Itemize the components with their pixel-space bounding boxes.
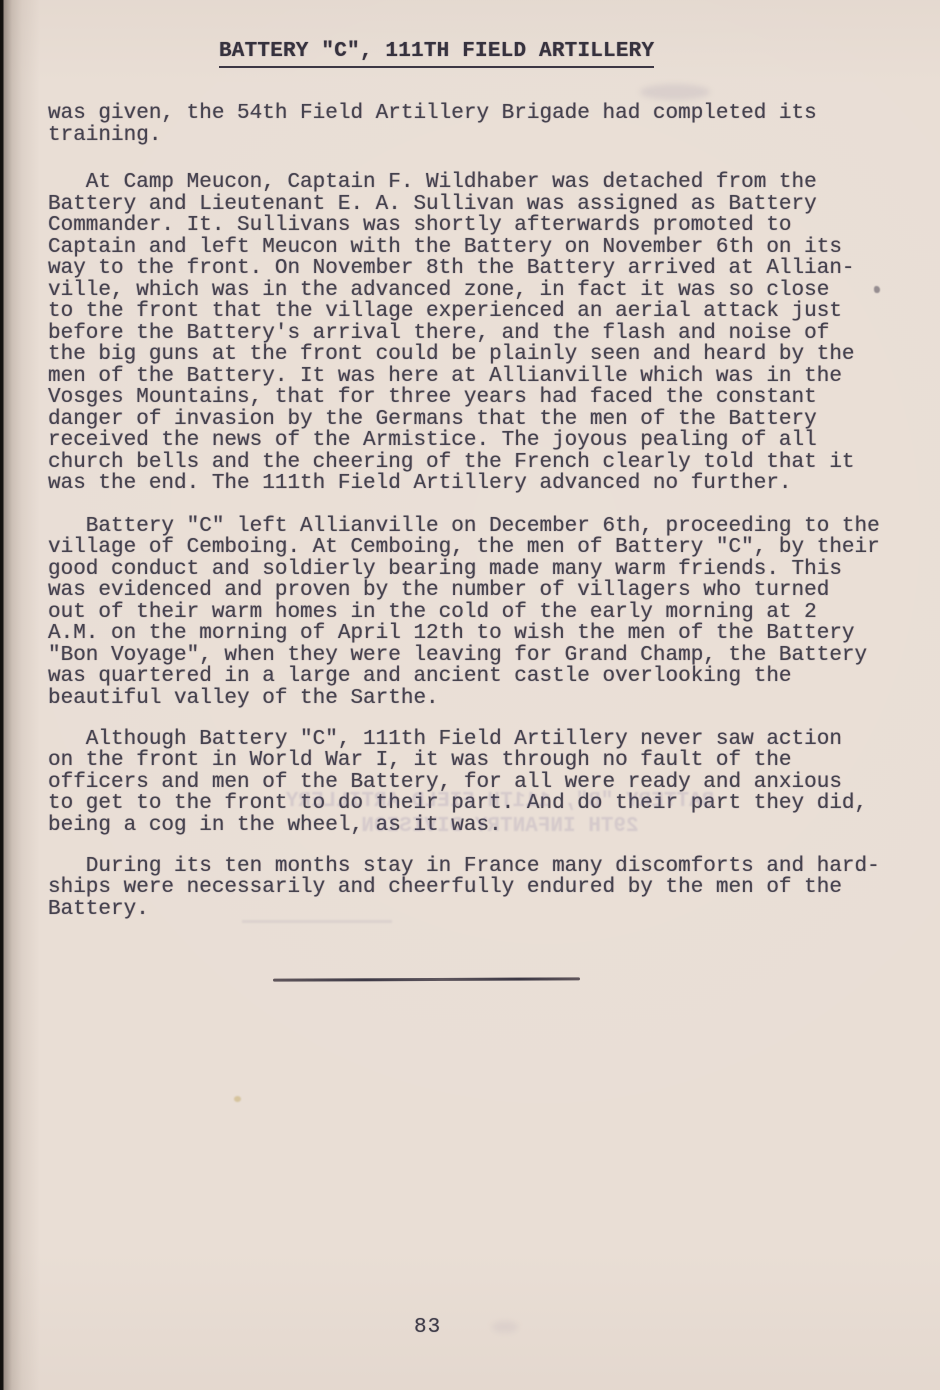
text-line: danger of invasion by the Germans that t…: [48, 409, 908, 431]
text-line: officers and men of the Battery, for all…: [48, 772, 908, 794]
scan-smudge: [492, 1321, 518, 1333]
text-line: received the news of the Armistice. The …: [48, 430, 908, 452]
scanned-document-page: BATTERY "C", 111TH FIELD ARTILLERY was g…: [0, 0, 940, 1390]
text-line: was the end. The 111th Field Artillery a…: [48, 473, 908, 495]
paragraph: was given, the 54th Field Artillery Brig…: [48, 103, 908, 146]
text-line: out of their warm homes in the cold of t…: [48, 602, 908, 624]
bleedthrough-rule: [242, 920, 392, 923]
text-line: village of Cemboing. At Cemboing, the me…: [48, 537, 908, 559]
paragraph: Although Battery "C", 111th Field Artill…: [48, 729, 908, 837]
document-body: was given, the 54th Field Artillery Brig…: [48, 103, 908, 941]
text-line: to the front that the village experience…: [48, 301, 908, 323]
text-line: to get to the front to do their part. An…: [48, 793, 908, 815]
paragraph: Battery "C" left Allianville on December…: [48, 516, 908, 710]
text-line: was given, the 54th Field Artillery Brig…: [48, 103, 908, 125]
text-line: Although Battery "C", 111th Field Artill…: [48, 729, 908, 751]
text-line: "Bon Voyage", when they were leaving for…: [48, 645, 908, 667]
page-number: 83: [414, 1316, 441, 1339]
text-line: men of the Battery. It was here at Allia…: [48, 366, 908, 388]
document-title: BATTERY "C", 111TH FIELD ARTILLERY: [219, 40, 654, 68]
text-line: Commander. It. Sullivans was shortly aft…: [48, 215, 908, 237]
text-line: Battery.: [48, 899, 908, 921]
text-line: on the front in World War I, it was thro…: [48, 750, 908, 772]
paragraph: During its ten months stay in France man…: [48, 856, 908, 921]
text-line: Vosges Mountains, that for three years h…: [48, 387, 908, 409]
text-line: the big guns at the front could be plain…: [48, 344, 908, 366]
ink-speck: [234, 1096, 241, 1102]
text-line: Battery and Lieutenant E. A. Sullivan wa…: [48, 194, 908, 216]
text-line: ships were necessarily and cheerfully en…: [48, 877, 908, 899]
text-line: A.M. on the morning of April 12th to wis…: [48, 623, 908, 645]
paragraph: At Camp Meucon, Captain F. Wildhaber was…: [48, 172, 908, 495]
text-line: During its ten months stay in France man…: [48, 856, 908, 878]
text-line: good conduct and soldierly bearing made …: [48, 559, 908, 581]
text-line: way to the front. On November 8th the Ba…: [48, 258, 908, 280]
text-line: before the Battery's arrival there, and …: [48, 323, 908, 345]
text-line: ville, which was in the advanced zone, i…: [48, 280, 908, 302]
text-line: was evidenced and proven by the number o…: [48, 580, 908, 602]
section-divider-rule: [273, 977, 580, 981]
text-line: being a cog in the wheel, as it was.: [48, 815, 908, 837]
text-line: training.: [48, 125, 908, 147]
text-line: Battery "C" left Allianville on December…: [48, 516, 908, 538]
text-line: was quartered in a large and ancient cas…: [48, 666, 908, 688]
text-line: At Camp Meucon, Captain F. Wildhaber was…: [48, 172, 908, 194]
scan-smudge: [640, 84, 710, 100]
scan-gutter-shadow: [0, 0, 40, 1390]
text-line: Captain and left Meucon with the Battery…: [48, 237, 908, 259]
text-line: church bells and the cheering of the Fre…: [48, 452, 908, 474]
text-line: beautiful valley of the Sarthe.: [48, 688, 908, 710]
